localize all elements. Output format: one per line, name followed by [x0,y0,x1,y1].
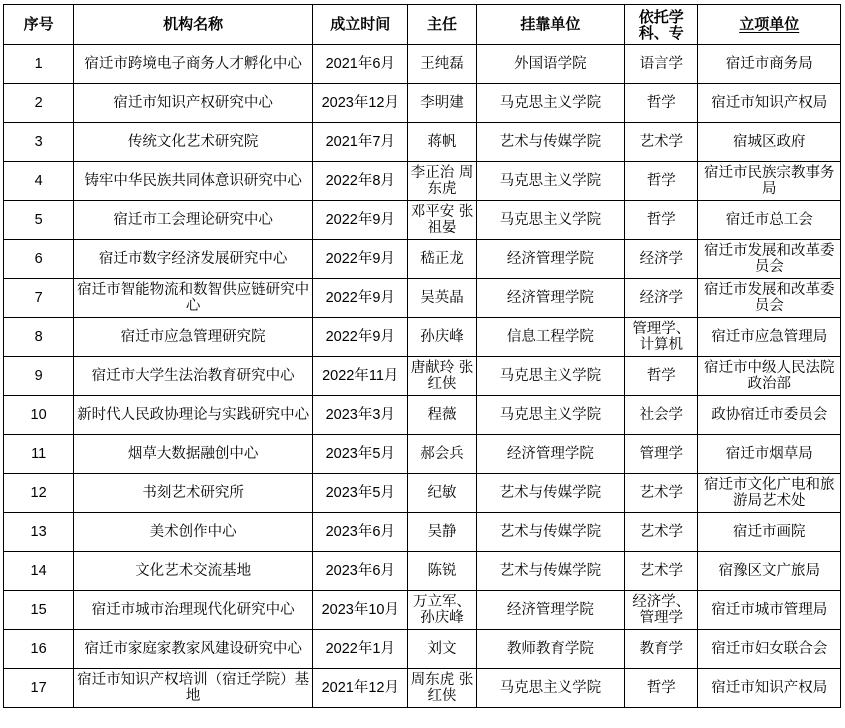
cell-date: 2023年6月 [313,552,408,591]
cell-director: 纪敏 [408,474,476,513]
cell-date: 2023年5月 [313,474,408,513]
cell-project: 宿迁市知识产权局 [698,669,841,708]
cell-project: 宿迁市知识产权局 [698,84,841,123]
cell-no: 16 [4,630,74,669]
cell-name: 美术创作中心 [74,513,313,552]
cell-subject: 社会学 [625,396,698,435]
cell-no: 2 [4,84,74,123]
table-row: 2 宿迁市知识产权研究中心 2023年12月 李明建 马克思主义学院 哲学 宿迁… [4,84,841,123]
cell-project: 宿迁市发展和改革委员会 [698,240,841,279]
cell-director: 孙庆峰 [408,318,476,357]
cell-director: 蒋帆 [408,123,476,162]
cell-name: 书刻艺术研究所 [74,474,313,513]
cell-director: 程薇 [408,396,476,435]
cell-date: 2022年8月 [313,162,408,201]
cell-no: 17 [4,669,74,708]
cell-name: 宿迁市知识产权研究中心 [74,84,313,123]
cell-project: 宿迁市总工会 [698,201,841,240]
cell-director: 唐献玲 张红侠 [408,357,476,396]
cell-unit: 教师教育学院 [476,630,625,669]
header-row: 序号 机构名称 成立时间 主任 挂靠单位 依托学科、专 立项单位 [4,5,841,45]
cell-project: 宿迁市发展和改革委员会 [698,279,841,318]
cell-unit: 外国语学院 [476,45,625,84]
cell-no: 12 [4,474,74,513]
cell-project: 宿迁市烟草局 [698,435,841,474]
cell-no: 10 [4,396,74,435]
cell-date: 2023年10月 [313,591,408,630]
cell-unit: 马克思主义学院 [476,162,625,201]
cell-subject: 教育学 [625,630,698,669]
cell-unit: 马克思主义学院 [476,396,625,435]
header-project-label: 立项单位 [739,15,799,33]
cell-unit: 信息工程学院 [476,318,625,357]
cell-unit: 马克思主义学院 [476,84,625,123]
cell-subject: 经济学 [625,279,698,318]
cell-subject: 哲学 [625,201,698,240]
header-date: 成立时间 [313,5,408,45]
cell-project: 宿城区政府 [698,123,841,162]
cell-unit: 经济管理学院 [476,279,625,318]
cell-project: 宿迁市画院 [698,513,841,552]
cell-subject: 艺术学 [625,474,698,513]
cell-no: 4 [4,162,74,201]
table-row: 10 新时代人民政协理论与实践研究中心 2023年3月 程薇 马克思主义学院 社… [4,396,841,435]
research-institutes-table: 序号 机构名称 成立时间 主任 挂靠单位 依托学科、专 立项单位 1 宿迁市跨境… [3,4,841,708]
cell-unit: 艺术与传媒学院 [476,552,625,591]
cell-director: 嵇正龙 [408,240,476,279]
cell-name: 宿迁市智能物流和数智供应链研究中心 [74,279,313,318]
table-row: 13 美术创作中心 2023年6月 吴静 艺术与传媒学院 艺术学 宿迁市画院 [4,513,841,552]
cell-subject: 经济学、管理学 [625,591,698,630]
cell-date: 2022年9月 [313,201,408,240]
cell-unit: 马克思主义学院 [476,357,625,396]
table-row: 17 宿迁市知识产权培训（宿迁学院）基地 2021年12月 周东虎 张红侠 马克… [4,669,841,708]
cell-name: 烟草大数据融创中心 [74,435,313,474]
cell-project: 宿迁市妇女联合会 [698,630,841,669]
header-name: 机构名称 [74,5,313,45]
cell-subject: 管理学、计算机 [625,318,698,357]
cell-no: 8 [4,318,74,357]
cell-date: 2022年9月 [313,240,408,279]
cell-name: 宿迁市城市治理现代化研究中心 [74,591,313,630]
cell-date: 2021年6月 [313,45,408,84]
header-unit: 挂靠单位 [476,5,625,45]
cell-no: 13 [4,513,74,552]
cell-name: 宿迁市数字经济发展研究中心 [74,240,313,279]
cell-project: 宿迁市商务局 [698,45,841,84]
table-row: 4 铸牢中华民族共同体意识研究中心 2022年8月 李正治 周东虎 马克思主义学… [4,162,841,201]
cell-director: 邓平安 张祖晏 [408,201,476,240]
cell-project: 政协宿迁市委员会 [698,396,841,435]
cell-project: 宿迁市文化广电和旅游局艺术处 [698,474,841,513]
cell-name: 铸牢中华民族共同体意识研究中心 [74,162,313,201]
cell-name: 传统文化艺术研究院 [74,123,313,162]
table-row: 3 传统文化艺术研究院 2021年7月 蒋帆 艺术与传媒学院 艺术学 宿城区政府 [4,123,841,162]
header-subject: 依托学科、专 [625,5,698,45]
table-row: 15 宿迁市城市治理现代化研究中心 2023年10月 万立军、孙庆峰 经济管理学… [4,591,841,630]
cell-unit: 马克思主义学院 [476,201,625,240]
cell-date: 2023年3月 [313,396,408,435]
cell-project: 宿迁市民族宗教事务局 [698,162,841,201]
cell-director: 吴英晶 [408,279,476,318]
cell-date: 2023年5月 [313,435,408,474]
cell-name: 宿迁市应急管理研究院 [74,318,313,357]
cell-no: 11 [4,435,74,474]
cell-unit: 经济管理学院 [476,240,625,279]
cell-no: 3 [4,123,74,162]
table-row: 12 书刻艺术研究所 2023年5月 纪敏 艺术与传媒学院 艺术学 宿迁市文化广… [4,474,841,513]
table-row: 6 宿迁市数字经济发展研究中心 2022年9月 嵇正龙 经济管理学院 经济学 宿… [4,240,841,279]
cell-unit: 艺术与传媒学院 [476,123,625,162]
cell-project: 宿豫区文广旅局 [698,552,841,591]
cell-date: 2022年9月 [313,279,408,318]
cell-director: 吴静 [408,513,476,552]
table-row: 5 宿迁市工会理论研究中心 2022年9月 邓平安 张祖晏 马克思主义学院 哲学… [4,201,841,240]
cell-name: 文化艺术交流基地 [74,552,313,591]
cell-no: 6 [4,240,74,279]
cell-name: 宿迁市家庭家教家风建设研究中心 [74,630,313,669]
table-body: 1 宿迁市跨境电子商务人才孵化中心 2021年6月 王纯磊 外国语学院 语言学 … [4,45,841,708]
cell-subject: 哲学 [625,162,698,201]
cell-name: 宿迁市知识产权培训（宿迁学院）基地 [74,669,313,708]
cell-date: 2021年12月 [313,669,408,708]
cell-date: 2022年9月 [313,318,408,357]
cell-name: 宿迁市工会理论研究中心 [74,201,313,240]
cell-name: 新时代人民政协理论与实践研究中心 [74,396,313,435]
cell-subject: 哲学 [625,84,698,123]
cell-director: 周东虎 张红侠 [408,669,476,708]
cell-director: 李正治 周东虎 [408,162,476,201]
cell-name: 宿迁市跨境电子商务人才孵化中心 [74,45,313,84]
cell-no: 15 [4,591,74,630]
cell-subject: 哲学 [625,669,698,708]
cell-date: 2022年1月 [313,630,408,669]
cell-project: 宿迁市中级人民法院政治部 [698,357,841,396]
table-row: 9 宿迁市大学生法治教育研究中心 2022年11月 唐献玲 张红侠 马克思主义学… [4,357,841,396]
cell-director: 陈锐 [408,552,476,591]
cell-date: 2021年7月 [313,123,408,162]
header-director: 主任 [408,5,476,45]
cell-director: 王纯磊 [408,45,476,84]
cell-director: 李明建 [408,84,476,123]
cell-unit: 马克思主义学院 [476,669,625,708]
cell-project: 宿迁市城市管理局 [698,591,841,630]
table-row: 14 文化艺术交流基地 2023年6月 陈锐 艺术与传媒学院 艺术学 宿豫区文广… [4,552,841,591]
header-project: 立项单位 [698,5,841,45]
cell-subject: 管理学 [625,435,698,474]
table-row: 16 宿迁市家庭家教家风建设研究中心 2022年1月 刘文 教师教育学院 教育学… [4,630,841,669]
cell-no: 14 [4,552,74,591]
cell-unit: 艺术与传媒学院 [476,474,625,513]
cell-no: 5 [4,201,74,240]
table-row: 7 宿迁市智能物流和数智供应链研究中心 2022年9月 吴英晶 经济管理学院 经… [4,279,841,318]
table-row: 8 宿迁市应急管理研究院 2022年9月 孙庆峰 信息工程学院 管理学、计算机 … [4,318,841,357]
cell-director: 万立军、孙庆峰 [408,591,476,630]
cell-subject: 哲学 [625,357,698,396]
cell-date: 2023年12月 [313,84,408,123]
cell-project: 宿迁市应急管理局 [698,318,841,357]
cell-no: 9 [4,357,74,396]
cell-no: 1 [4,45,74,84]
cell-unit: 经济管理学院 [476,435,625,474]
cell-unit: 艺术与传媒学院 [476,513,625,552]
cell-subject: 艺术学 [625,123,698,162]
cell-director: 郝会兵 [408,435,476,474]
cell-subject: 经济学 [625,240,698,279]
cell-date: 2022年11月 [313,357,408,396]
cell-date: 2023年6月 [313,513,408,552]
cell-subject: 艺术学 [625,513,698,552]
cell-subject: 艺术学 [625,552,698,591]
table-row: 1 宿迁市跨境电子商务人才孵化中心 2021年6月 王纯磊 外国语学院 语言学 … [4,45,841,84]
cell-subject: 语言学 [625,45,698,84]
cell-director: 刘文 [408,630,476,669]
cell-name: 宿迁市大学生法治教育研究中心 [74,357,313,396]
cell-unit: 经济管理学院 [476,591,625,630]
header-no: 序号 [4,5,74,45]
table-row: 11 烟草大数据融创中心 2023年5月 郝会兵 经济管理学院 管理学 宿迁市烟… [4,435,841,474]
cell-no: 7 [4,279,74,318]
